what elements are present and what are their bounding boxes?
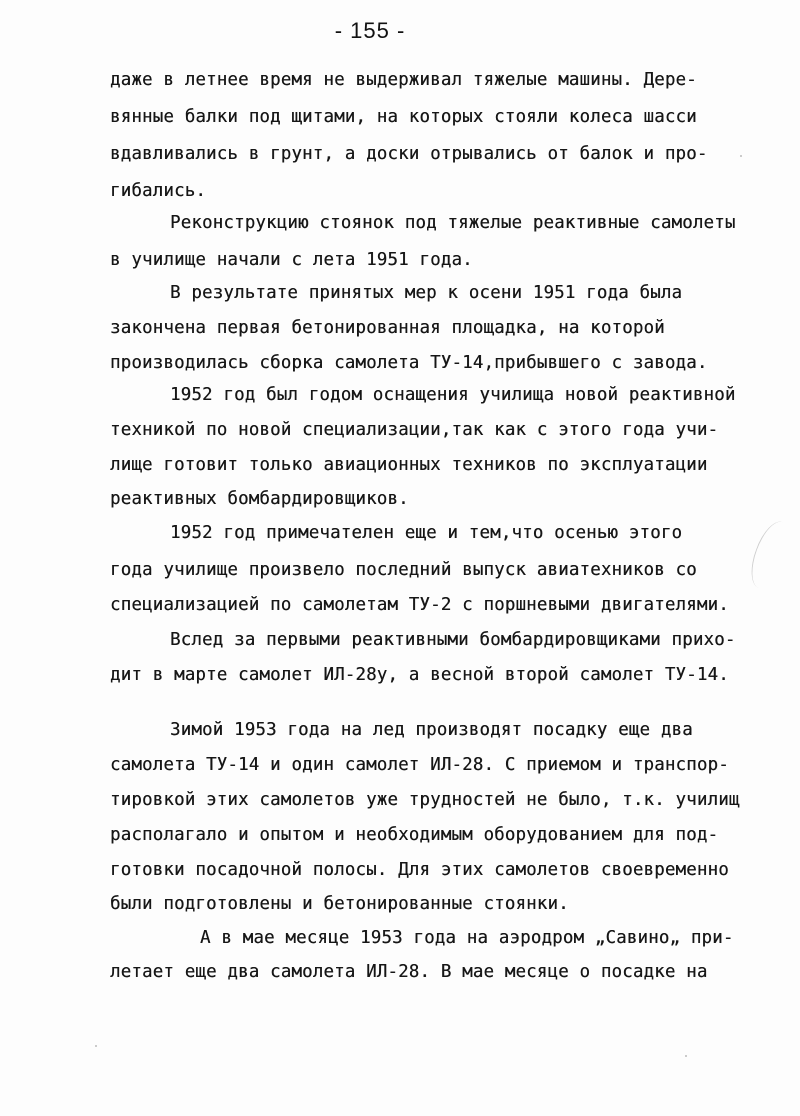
text-line: летает еще два самолета ИЛ-28. В мае мес… [110, 962, 708, 982]
text-line: производилась сборка самолета ТУ-14,приб… [110, 353, 708, 373]
text-line: даже в летнее время не выдерживал тяжелы… [110, 70, 697, 90]
scan-speck [95, 1045, 97, 1047]
text-line: гибались. [110, 181, 206, 201]
paragraph-start-line: А в мае месяце 1953 года на аэродром „Са… [200, 928, 734, 948]
page-number: - 155 - [0, 18, 740, 44]
scan-speck [685, 1055, 687, 1057]
text-line: реактивных бомбардировщиков. [110, 489, 409, 509]
paragraph-start-line: 1952 год примечателен еще и тем,что осен… [170, 523, 682, 543]
text-line: вянные балки под щитами, на которых стоя… [110, 107, 697, 127]
text-line: самолета ТУ-14 и один самолет ИЛ-28. С п… [110, 755, 729, 775]
text-line: были подготовлены и бетонированные стоян… [110, 894, 569, 914]
paragraph-start-line: Реконструкцию стоянок под тяжелые реакти… [170, 213, 736, 233]
pencil-mark [744, 517, 797, 593]
paragraph-start-line: Вслед за первыми реактивными бомбардиров… [170, 630, 736, 650]
paragraph-start-line: Зимой 1953 года на лед производят посадк… [170, 720, 693, 740]
text-line: тировкой этих самолетов уже трудностей н… [110, 790, 740, 810]
text-line: техникой по новой специализации,так как … [110, 420, 718, 440]
text-line: в училище начали с лета 1951 года. [110, 250, 473, 270]
paragraph-start-line: В результате принятых мер к осени 1951 г… [170, 283, 682, 303]
text-line: вдавливались в грунт, а доски отрывались… [110, 144, 708, 164]
text-line: дит в марте самолет ИЛ-28у, а весной вто… [110, 665, 729, 685]
text-line: закончена первая бетонированная площадка… [110, 318, 665, 338]
scan-speck [740, 155, 742, 157]
paragraph-start-line: 1952 год был годом оснащения училища нов… [170, 385, 736, 405]
document-page: - 155 - даже в летнее время не выдержива… [0, 0, 800, 1116]
text-line: готовки посадочной полосы. Для этих само… [110, 860, 729, 880]
text-line: года училище произвело последний выпуск … [110, 560, 697, 580]
text-line: лище готовит только авиационных техников… [110, 455, 708, 475]
text-line: специализацией по самолетам ТУ-2 с поршн… [110, 595, 729, 615]
text-line: располагало и опытом и необходимым обору… [110, 825, 718, 845]
